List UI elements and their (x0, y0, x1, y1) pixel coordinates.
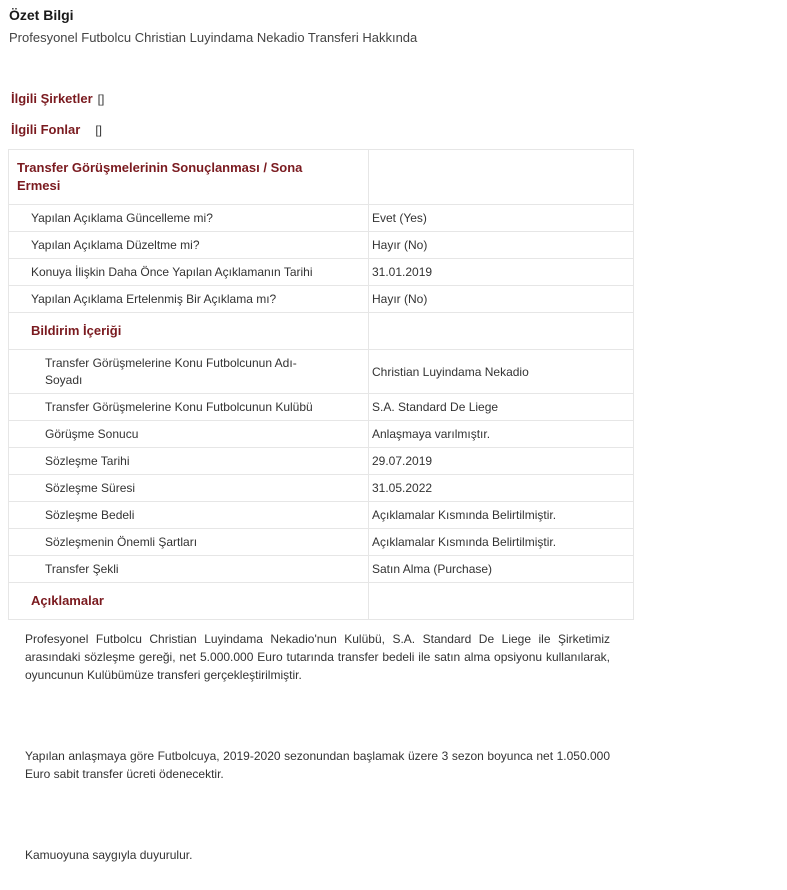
row-label: Yapılan Açıklama Ertelenmiş Bir Açıklama… (9, 292, 368, 306)
table-row: Transfer Şekli Satın Alma (Purchase) (9, 556, 634, 583)
table-row: Yapılan Açıklama Güncelleme mi? Evet (Ye… (9, 205, 634, 232)
row-value: 31.01.2019 (369, 259, 634, 286)
row-value: Açıklamalar Kısmında Belirtilmiştir. (369, 529, 634, 556)
page-title: Özet Bilgi (9, 7, 74, 23)
row-label: Transfer Şekli (9, 561, 368, 578)
row-label: Yapılan Açıklama Düzeltme mi? (9, 238, 368, 252)
row-value: Evet (Yes) (369, 205, 634, 232)
section-title-explanations: Açıklamalar (9, 583, 368, 619)
row-value: Anlaşmaya varılmıştır. (369, 421, 634, 448)
closing-statement: Kamuoyuna saygıyla duyurulur. (25, 846, 610, 864)
section-title-transfer-results: Transfer Görüşmelerinin Sonuçlanması / S… (9, 150, 368, 204)
row-value: Satın Alma (Purchase) (369, 556, 634, 583)
row-label: Sözleşme Süresi (9, 480, 368, 497)
row-label: Sözleşme Bedeli (9, 507, 368, 524)
table-row: Sözleşmenin Önemli Şartları Açıklamalar … (9, 529, 634, 556)
row-label: Konuya İlişkin Daha Önce Yapılan Açıklam… (9, 265, 368, 279)
related-companies-value: [] (98, 92, 105, 106)
table-row: Transfer Görüşmelerine Konu Futbolcunun … (9, 394, 634, 421)
row-label: Sözleşme Tarihi (9, 453, 368, 470)
page-subtitle: Profesyonel Futbolcu Christian Luyindama… (9, 30, 417, 45)
related-companies-label: İlgili Şirketler (11, 91, 93, 106)
row-value: 29.07.2019 (369, 448, 634, 475)
section-header-row: Bildirim İçeriği (9, 313, 634, 350)
section-title-notification-content: Bildirim İçeriği (9, 313, 368, 349)
row-label: Transfer Görüşmelerine Konu Futbolcunun … (9, 355, 368, 389)
row-value: S.A. Standard De Liege (369, 394, 634, 421)
section-header-row: Açıklamalar (9, 583, 634, 620)
table-row: Sözleşme Bedeli Açıklamalar Kısmında Bel… (9, 502, 634, 529)
row-value: Açıklamalar Kısmında Belirtilmiştir. (369, 502, 634, 529)
related-funds-value: [] (95, 123, 102, 137)
row-value: Hayır (No) (369, 232, 634, 259)
related-funds: İlgili Fonlar[] (11, 122, 102, 137)
row-value: Hayır (No) (369, 286, 634, 313)
row-label: Transfer Görüşmelerine Konu Futbolcunun … (9, 399, 368, 416)
table-row: Görüşme Sonucu Anlaşmaya varılmıştır. (9, 421, 634, 448)
table-row: Sözleşme Tarihi 29.07.2019 (9, 448, 634, 475)
row-value: Christian Luyindama Nekadio (369, 350, 634, 394)
explanation-paragraph: Yapılan anlaşmaya göre Futbolcuya, 2019-… (25, 747, 610, 783)
explanation-paragraph: Profesyonel Futbolcu Christian Luyindama… (25, 630, 610, 684)
table-row: Sözleşme Süresi 31.05.2022 (9, 475, 634, 502)
row-label: Yapılan Açıklama Güncelleme mi? (9, 211, 368, 225)
table-row: Transfer Görüşmelerine Konu Futbolcunun … (9, 350, 634, 394)
table-row: Yapılan Açıklama Ertelenmiş Bir Açıklama… (9, 286, 634, 313)
row-label: Görüşme Sonucu (9, 426, 368, 443)
row-label: Sözleşmenin Önemli Şartları (9, 534, 368, 551)
table-row: Konuya İlişkin Daha Önce Yapılan Açıklam… (9, 259, 634, 286)
related-funds-label: İlgili Fonlar (11, 122, 80, 137)
row-value: 31.05.2022 (369, 475, 634, 502)
disclosure-table: Transfer Görüşmelerinin Sonuçlanması / S… (8, 149, 634, 620)
table-row: Yapılan Açıklama Düzeltme mi? Hayır (No) (9, 232, 634, 259)
section-header-row: Transfer Görüşmelerinin Sonuçlanması / S… (9, 150, 634, 205)
related-companies: İlgili Şirketler[] (11, 91, 104, 106)
